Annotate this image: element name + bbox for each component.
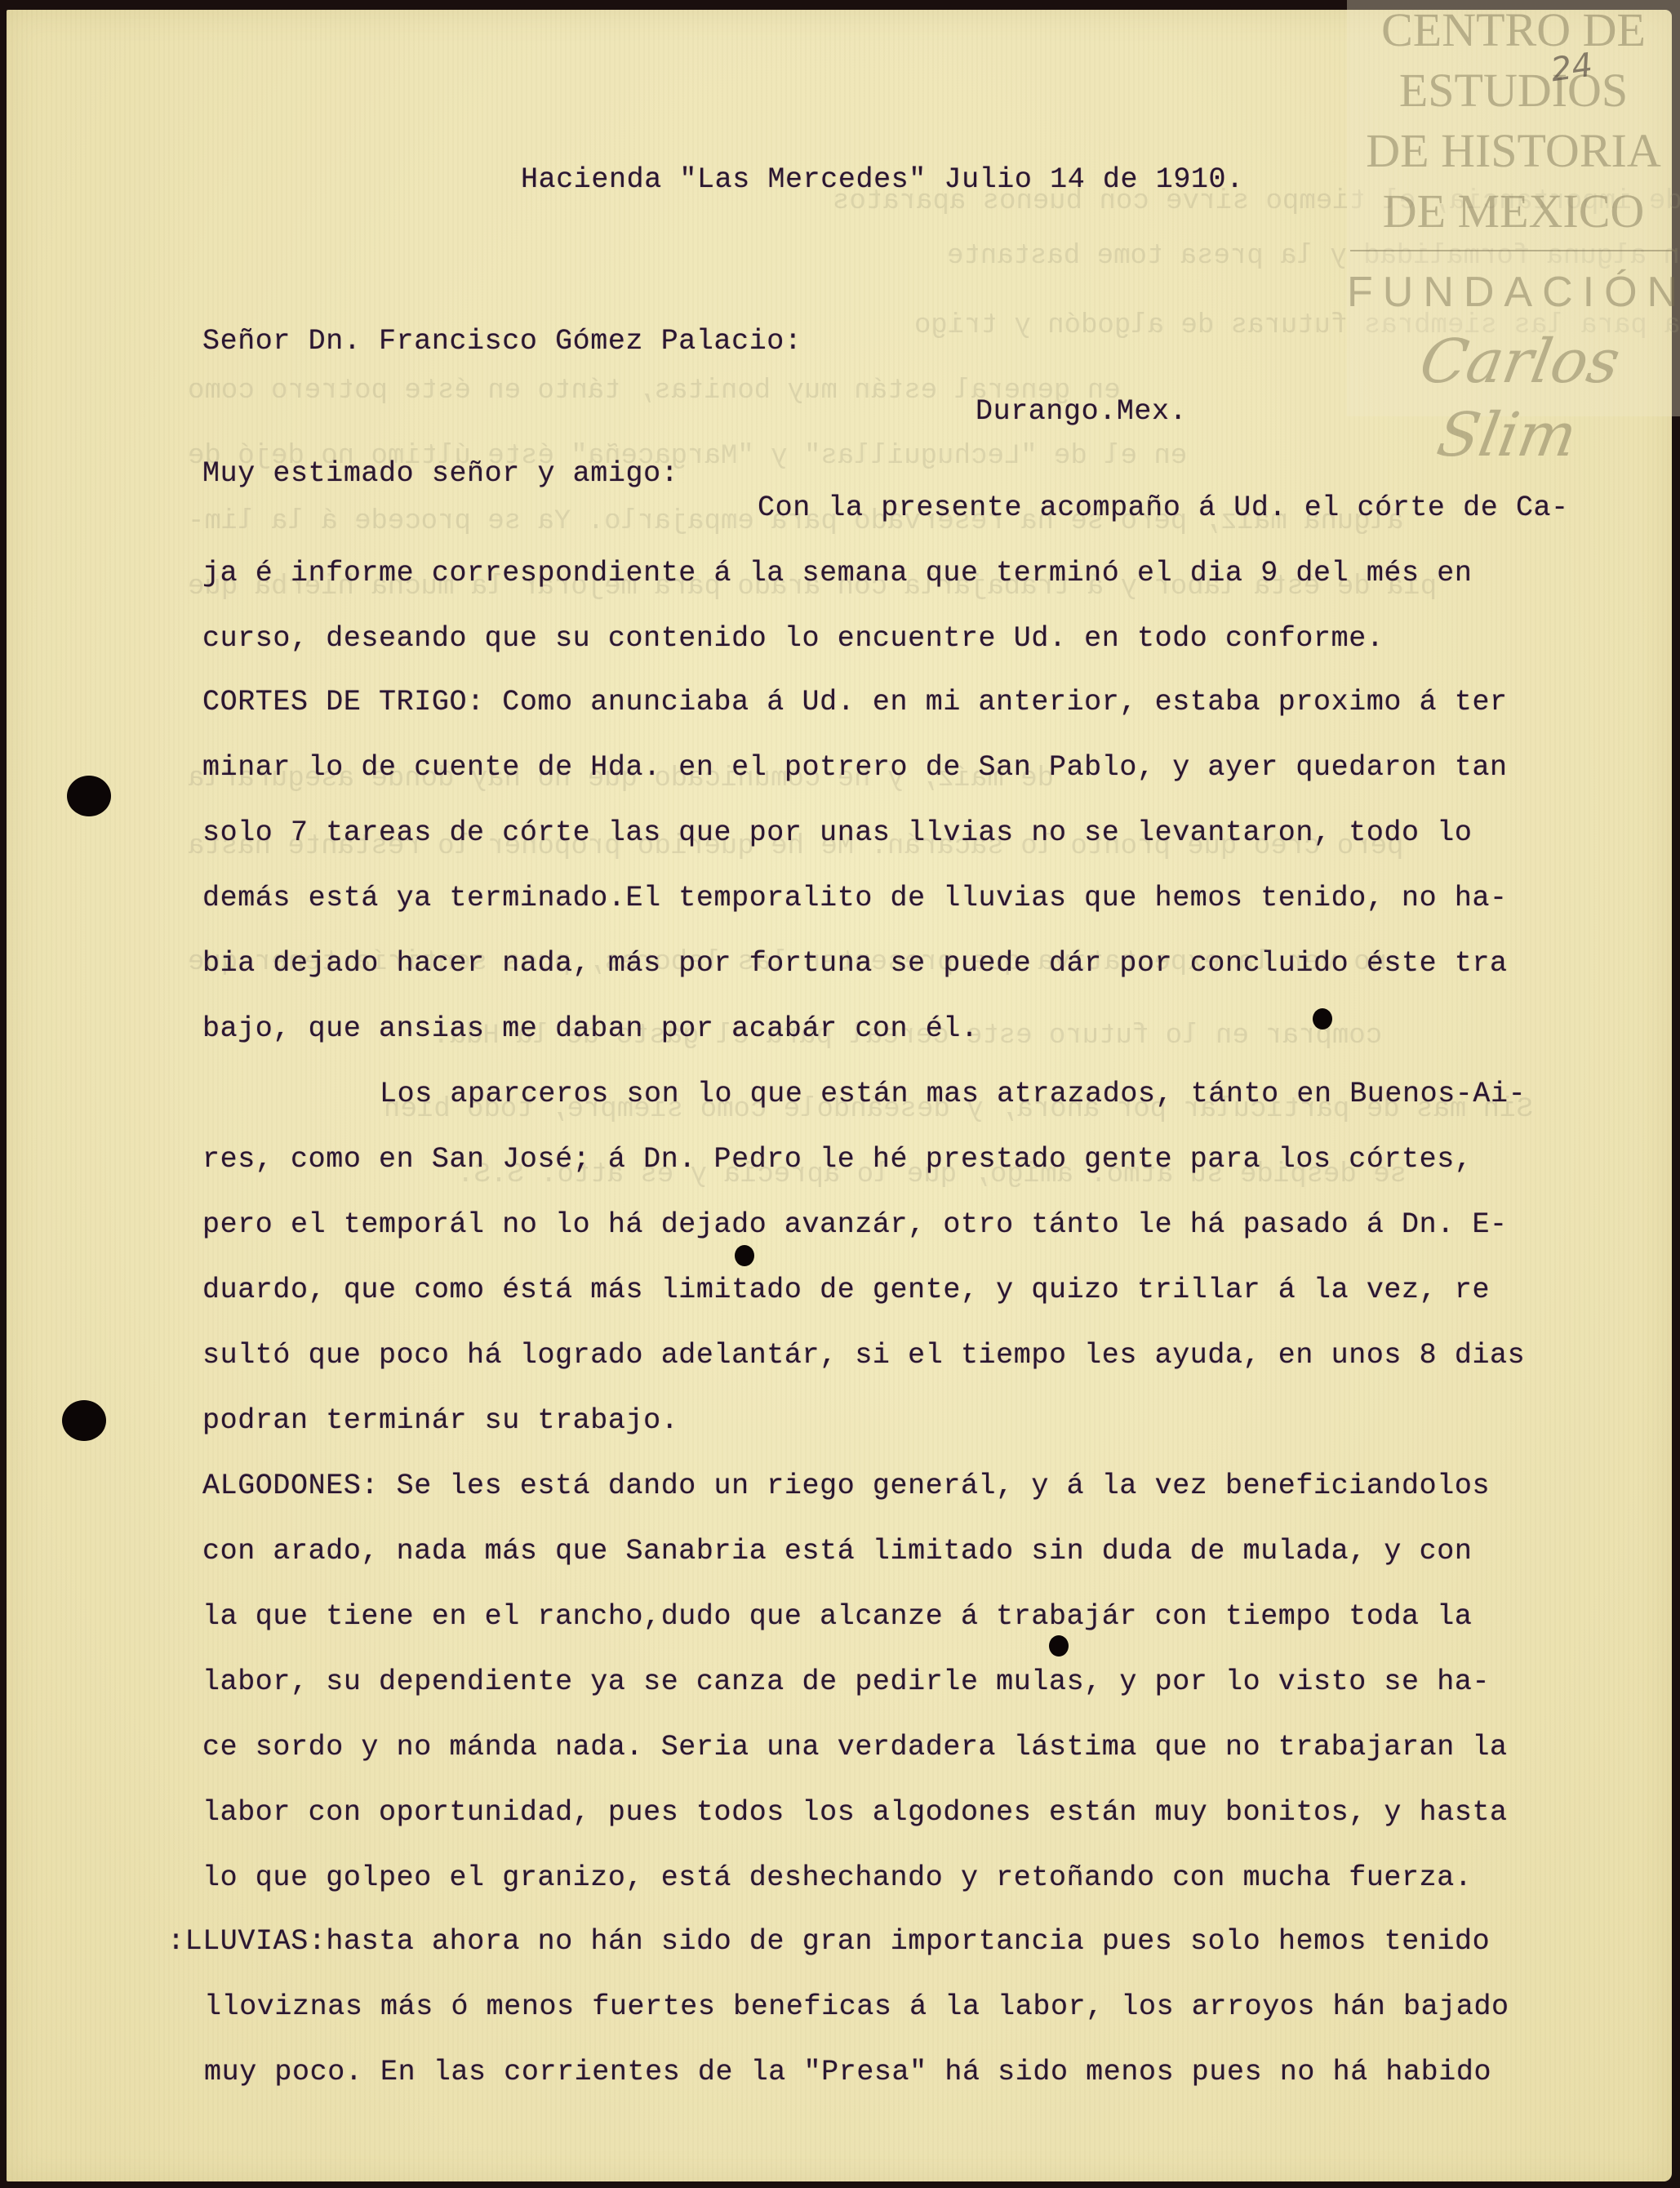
body-line: labor, su dependiente ya se canza de ped… <box>202 1665 1490 1698</box>
body-line: duardo, que como éstá más limitado de ge… <box>202 1274 1490 1306</box>
archive-watermark: CENTRO DE ESTUDIOS DE HISTORIA DE MEXICO… <box>1347 0 1680 416</box>
salutation: Muy estimado señor y amigo: <box>202 457 678 490</box>
watermark-foundation: FUNDACIÓN <box>1347 260 1680 325</box>
body-line: Los aparceros son lo que están mas atraz… <box>380 1078 1526 1110</box>
body-line: la que tiene en el rancho,dudo que alcan… <box>202 1600 1472 1633</box>
section-lluvias: :LLUVIAS:hasta ahora no hán sido de gran… <box>167 1925 1490 1958</box>
body-line: podran terminár su trabajo. <box>202 1404 678 1437</box>
watermark-line: DE HISTORIA <box>1347 121 1680 181</box>
addressee-location: Durango.Mex. <box>976 395 1187 428</box>
watermark-line: ESTUDIOS <box>1347 60 1680 121</box>
body-line: ce sordo y no mánda nada. Seria una verd… <box>202 1731 1508 1763</box>
watermark-divider <box>1350 250 1677 251</box>
watermark-signature: Carlos Slim <box>1334 325 1680 472</box>
ink-dot <box>1049 1635 1069 1657</box>
body-line: curso, deseando que su contenido lo encu… <box>202 622 1384 655</box>
body-line: lo que golpeo el granizo, está deshechan… <box>202 1861 1472 1894</box>
body-line: con arado, nada más que Sanabria está li… <box>202 1535 1472 1568</box>
section-cortes-de-trigo: CORTES DE TRIGO: Como anunciaba á Ud. en… <box>202 686 1508 718</box>
watermark-line: CENTRO DE <box>1347 0 1680 60</box>
body-line: pero el temporál no lo há dejado avanzár… <box>202 1208 1508 1241</box>
addressee: Señor Dn. Francisco Gómez Palacio: <box>202 325 802 358</box>
body-line: demás está ya terminado.El temporalito d… <box>202 882 1508 914</box>
body-line: lloviznas más ó menos fuertes beneficas … <box>204 1990 1509 2023</box>
section-algodones: ALGODONES: Se les está dando un riego ge… <box>202 1470 1490 1502</box>
dateline: Hacienda "Las Mercedes" Julio 14 de 1910… <box>521 163 1244 196</box>
watermark-line: DE MEXICO <box>1347 181 1680 242</box>
ink-dot <box>735 1245 754 1266</box>
punch-hole <box>67 776 111 816</box>
folio-number: 24 <box>1549 47 1595 90</box>
body-line: sultó que poco há logrado adelantár, si … <box>202 1339 1525 1372</box>
body-line: res, como en San José; á Dn. Pedro le hé… <box>202 1143 1472 1176</box>
body-line: bajo, que ansias me daban por acabár con… <box>202 1012 979 1045</box>
body-line: muy poco. En las corrientes de la "Presa… <box>204 2056 1491 2088</box>
body-line: Con la presente acompaño á Ud. el córte … <box>758 491 1569 524</box>
body-line: minar lo de cuente de Hda. en el potrero… <box>202 751 1508 784</box>
body-line: labor con oportunidad, pues todos los al… <box>202 1796 1508 1829</box>
body-line: bia dejado hacer nada, más por fortuna s… <box>202 947 1508 980</box>
punch-hole <box>62 1400 106 1441</box>
ink-dot <box>1313 1008 1332 1030</box>
body-line: solo 7 tareas de córte las que por unas … <box>202 816 1472 849</box>
body-line: ja é informe correspondiente á la semana… <box>202 557 1472 589</box>
